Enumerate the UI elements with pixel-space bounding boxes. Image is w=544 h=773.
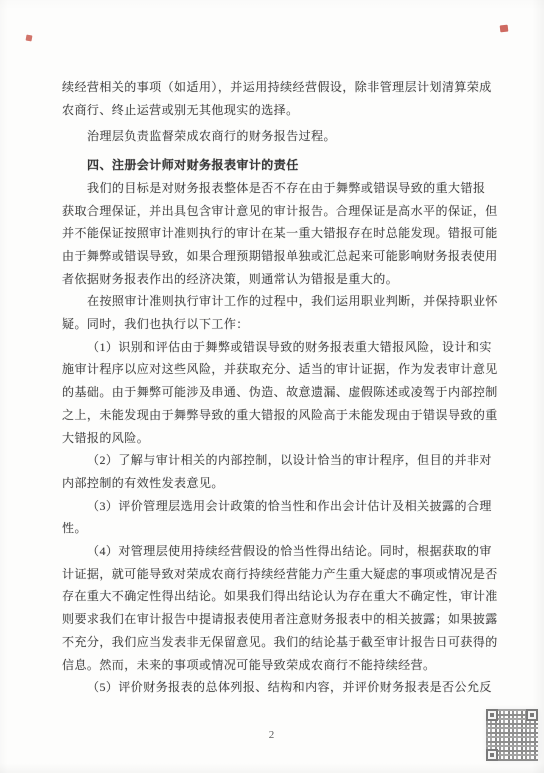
text-line: 之上，未能发现由于舞弊导致的重大错报的风险高于未能发现由于错误导致的重: [62, 404, 500, 427]
text-line: （5）评价财务报表的总体列报、结构和内容，并评价财务报表是否公允反: [62, 676, 500, 699]
text-line: 由于舞弊或错误导致，如果合理预期错报单独或汇总起来可能影响财务报表使用: [62, 245, 500, 268]
text-line: （4）对管理层使用持续经营假设的恰当性得出结论。同时，根据获取的审: [62, 540, 500, 563]
text-line: 获取合理保证，并出具包含审计意见的审计报告。合理保证是高水平的保证，但: [62, 200, 500, 223]
text-line: （3）评价管理层选用会计政策的恰当性和作出会计估计及相关披露的合理: [62, 495, 500, 518]
text-line: 并不能保证按照审计准则执行的审计在某一重大错报存在时总能发现。错报可能: [62, 222, 500, 245]
text-line: 性。: [62, 517, 500, 540]
text-line: 疑。同时，我们也执行以下工作：: [62, 313, 500, 336]
text-line: 治理层负责监督荣成农商行的财务报告过程。: [62, 125, 500, 148]
red-registration-mark-top-left: [26, 35, 33, 42]
text-line: 计证据，就可能导致对荣成农商行持续经营能力产生重大疑虑的事项或情况是否: [62, 563, 500, 586]
text-line: 施审计程序以应对这些风险，并获取充分、适当的审计证据，作为发表审计意见: [62, 358, 500, 381]
text-line: （2）了解与审计相关的内部控制，以设计恰当的审计程序，但目的并非对: [62, 449, 500, 472]
section-heading: 四、注册会计师对财务报表审计的责任: [62, 154, 500, 177]
page-number: 2: [0, 729, 544, 741]
qr-finder-pattern: [486, 709, 498, 721]
text-line: 信息。然而，未来的事项或情况可能导致荣成农商行不能持续经营。: [62, 654, 500, 677]
qr-finder-pattern: [526, 709, 538, 721]
document-page: 续经营相关的事项（如适用），并运用持续经营假设，除非管理层计划清算荣成 农商行、…: [0, 0, 544, 773]
text-line: 不充分，我们应当发表非无保留意见。我们的结论基于截至审计报告日可获得的: [62, 631, 500, 654]
qr-code-icon: [486, 709, 538, 761]
qr-finder-pattern: [486, 749, 498, 761]
text-line: 农商行、终止运营或别无其他现实的选择。: [62, 99, 500, 122]
text-line: 的基础。由于舞弊可能涉及串通、伪造、故意遗漏、虚假陈述或凌驾于内部控制: [62, 381, 500, 404]
text-line: 者依据财务报表作出的经济决策，则通常认为错报是重大的。: [62, 268, 500, 291]
text-line: （1）识别和评估由于舞弊或错误导致的财务报表重大错报风险，设计和实: [62, 336, 500, 359]
text-line: 在按照审计准则执行审计工作的过程中，我们运用职业判断，并保持职业怀: [62, 290, 500, 313]
text-line: 大错报的风险。: [62, 427, 500, 450]
text-line: 我们的目标是对财务报表整体是否不存在由于舞弊或错误导致的重大错报: [62, 177, 500, 200]
text-line: 则要求我们在审计报告中提请报表使用者注意财务报表中的相关披露；如果披露: [62, 608, 500, 631]
red-registration-mark-top-right: [500, 25, 509, 33]
document-body: 续经营相关的事项（如适用），并运用持续经营假设，除非管理层计划清算荣成 农商行、…: [62, 76, 500, 699]
text-line: 存在重大不确定性得出结论。如果我们得出结论认为存在重大不确定性，审计准: [62, 585, 500, 608]
text-line: 续经营相关的事项（如适用），并运用持续经营假设，除非管理层计划清算荣成: [62, 76, 500, 99]
text-line: 内部控制的有效性发表意见。: [62, 472, 500, 495]
